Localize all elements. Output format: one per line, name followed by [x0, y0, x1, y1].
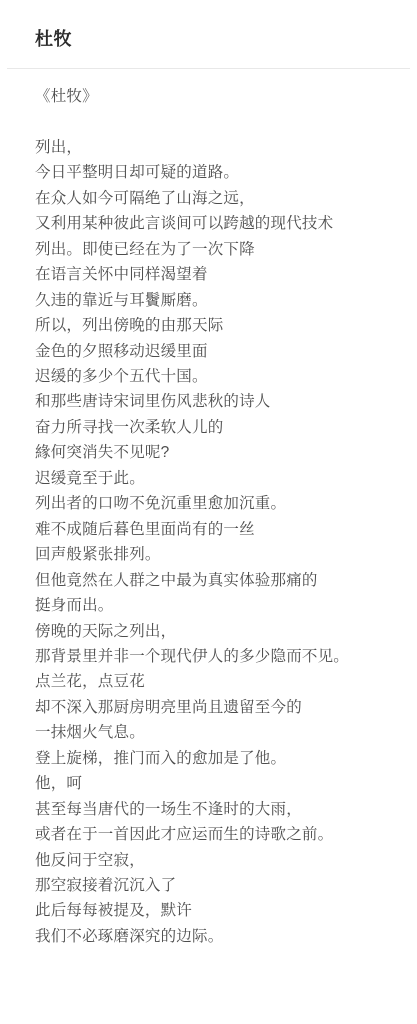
poem-line: 我们不必琢磨深究的边际。 [35, 924, 389, 949]
poem-line: 列出者的口吻不免沉重里愈加沉重。 [35, 491, 389, 516]
poem-line: 一抹烟火气息。 [35, 720, 389, 745]
poem-line: 迟缓的多少个五代十国。 [35, 364, 389, 389]
poem-line: 所以，列出傍晚的由那天际 [35, 313, 389, 338]
poem-line: 点兰花，点豆花 [35, 669, 389, 694]
poem-subtitle: 《杜牧》 [35, 84, 389, 109]
poem-line: 登上旋梯，推门而入的愈加是了他。 [35, 746, 389, 771]
poem-line: 此后每每被提及，默许 [35, 898, 389, 923]
poem-line: 在语言关怀中同样渴望着 [35, 262, 389, 287]
poem-line: 却不深入那厨房明亮里尚且遗留至今的 [35, 695, 389, 720]
poem-line: 在众人如今可隔绝了山海之远， [35, 186, 389, 211]
poem-line: 列出。即使已经在为了一次下降 [35, 237, 389, 262]
poem-line: 和那些唐诗宋词里伤风悲秋的诗人 [35, 389, 389, 414]
poem-line: 緣何突消失不见呢? [35, 440, 389, 465]
poem-line: 回声般紧张排列。 [35, 542, 389, 567]
poem-line: 他，呵 [35, 771, 389, 796]
page-title: 杜牧 [0, 0, 417, 49]
poem-line: 傍晚的天际之列出， [35, 619, 389, 644]
poem-line: 又利用某种彼此言谈间可以跨越的现代技术 [35, 211, 389, 236]
poem-line: 迟缓竟至于此。 [35, 466, 389, 491]
poem-line: 那背景里并非一个现代伊人的多少隐而不见。 [35, 644, 389, 669]
poem-line: 或者在于一首因此才应运而生的诗歌之前。 [35, 822, 389, 847]
poem-line: 难不成随后暮色里面尚有的一丝 [35, 517, 389, 542]
poem-line: 久违的靠近与耳鬢厮磨。 [35, 288, 389, 313]
poem-line: 那空寂接着沉沉入了 [35, 873, 389, 898]
poem-line: 但他竟然在人群之中最为真实体验那痛的 [35, 568, 389, 593]
poem-body: 列出，今日平整明日却可疑的道路。在众人如今可隔绝了山海之远，又利用某种彼此言谈间… [35, 135, 389, 950]
document-page: 杜牧 《杜牧》 列出，今日平整明日却可疑的道路。在众人如今可隔绝了山海之远，又利… [0, 0, 417, 1024]
poem-line: 他反问于空寂， [35, 848, 389, 873]
poem-line: 列出， [35, 135, 389, 160]
poem-line: 金色的夕照移动迟缓里面 [35, 339, 389, 364]
poem-line: 今日平整明日却可疑的道路。 [35, 160, 389, 185]
poem-content: 《杜牧》 列出，今日平整明日却可疑的道路。在众人如今可隔绝了山海之远，又利用某种… [0, 69, 417, 949]
poem-line: 挺身而出。 [35, 593, 389, 618]
poem-line: 甚至每当唐代的一场生不逢时的大雨， [35, 797, 389, 822]
poem-line: 奋力所寻找一次柔软人儿的 [35, 415, 389, 440]
